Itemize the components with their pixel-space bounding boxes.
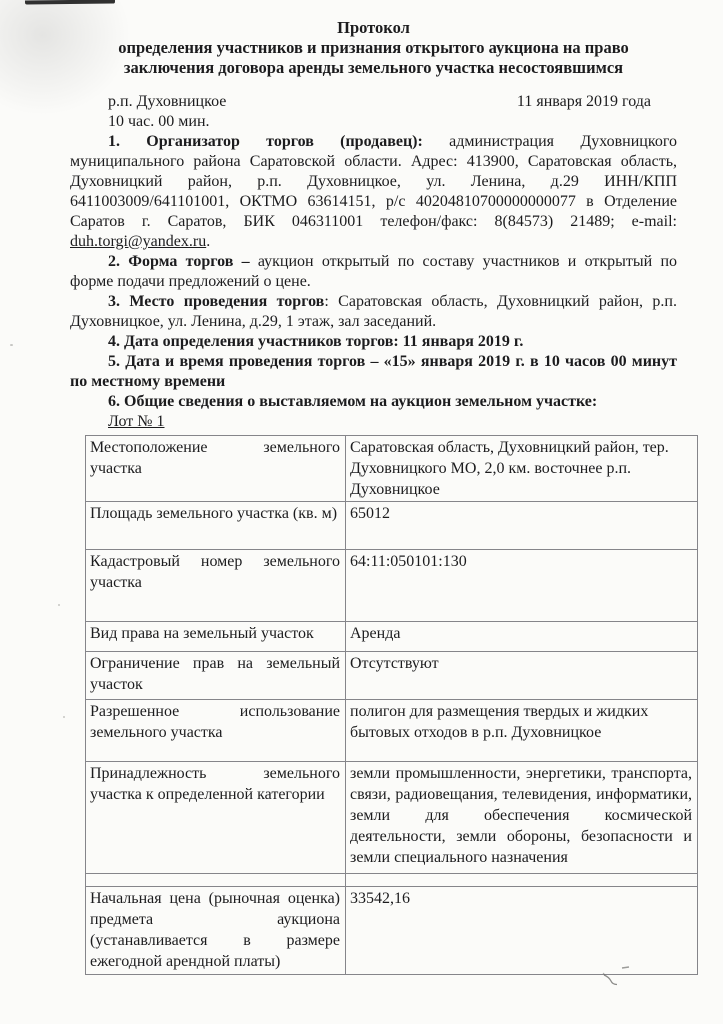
- scan-speck: [63, 716, 65, 718]
- title-line: Протокол: [70, 18, 677, 38]
- row-label-cell: Кадастровый номер земельного участка: [86, 550, 346, 622]
- scan-speck: [58, 604, 60, 606]
- row-label-cell: Принадлежность земельного участка к опре…: [86, 762, 346, 874]
- paragraph: 1. Организатор торгов (продавец): админи…: [70, 132, 677, 252]
- title-line: определения участников и признания откры…: [70, 38, 677, 58]
- row-label-cell: Ограничение прав на земельный участок: [86, 652, 346, 700]
- paragraph-segment: 5. Дата и время проведения торгов – «15»…: [70, 353, 677, 390]
- place-date-line: р.п. Духовницкое 11 января 2019 года: [70, 92, 677, 112]
- table-spacer-row: [86, 874, 698, 887]
- place-label: р.п. Духовницкое: [108, 92, 226, 112]
- document-title: Протокол определения участников и призна…: [70, 18, 677, 78]
- row-value-cell: 33542,16: [346, 887, 698, 975]
- row-label-cell: Площадь земельного участка (кв. м): [86, 502, 346, 550]
- time-label: 10 час. 00 мин.: [70, 112, 677, 132]
- row-label-cell: Начальная цена (рыночная оценка) предмет…: [86, 887, 346, 975]
- paragraph: 6. Общие сведения о выставляемом на аукц…: [70, 392, 677, 412]
- table-row: Принадлежность земельного участка к опре…: [86, 762, 698, 874]
- table-row: Ограничение прав на земельный участокОтс…: [86, 652, 698, 700]
- row-value-cell: Саратовская область, Духовницкий район, …: [346, 436, 698, 502]
- handwritten-pen-mark-icon: [594, 960, 638, 996]
- paragraph-segment: 3. Место проведения торгов: [108, 293, 324, 310]
- table-row: Площадь земельного участка (кв. м)65012: [86, 502, 698, 550]
- row-label-cell: Разрешенное использование земельного уча…: [86, 700, 346, 762]
- table-row: Вид права на земельный участокАренда: [86, 622, 698, 652]
- row-value-cell: Отсутствуют: [346, 652, 698, 700]
- paragraphs: 1. Организатор торгов (продавец): админи…: [70, 132, 677, 412]
- paragraph-segment: 6. Общие сведения о выставляемом на аукц…: [108, 393, 597, 410]
- email-text: duh.torgi@yandex.ru: [70, 233, 206, 250]
- row-value-cell: земли промышленности, энергетики, трансп…: [346, 762, 698, 874]
- row-value-cell: [346, 874, 698, 887]
- paragraph: 5. Дата и время проведения торгов – «15»…: [70, 352, 677, 392]
- paragraph: 4. Дата определения участников торгов: 1…: [70, 332, 677, 352]
- scanned-document-page: Протокол определения участников и призна…: [0, 0, 723, 1024]
- table-row: Местоположение земельного участкаСаратов…: [86, 436, 698, 502]
- paragraph-segment: 2. Форма торгов –: [108, 253, 258, 270]
- lot-label-text: Лот № 1: [108, 413, 165, 430]
- table-row: Разрешенное использование земельного уча…: [86, 700, 698, 762]
- paragraph-segment: .: [206, 233, 210, 250]
- table-row: Кадастровый номер земельного участка64:1…: [86, 550, 698, 622]
- lot-table: Местоположение земельного участкаСаратов…: [85, 435, 698, 975]
- row-label-cell: [86, 874, 346, 887]
- paragraph-segment: 1. Организатор торгов (продавец):: [108, 133, 449, 150]
- row-value-cell: 65012: [346, 502, 698, 550]
- paragraph: 3. Место проведения торгов: Саратовская …: [70, 292, 677, 332]
- row-value-cell: полигон для размещения твердых и жидких …: [346, 700, 698, 762]
- title-line: заключения договора аренды земельного уч…: [70, 58, 677, 78]
- date-label: 11 января 2019 года: [517, 92, 651, 112]
- paragraph: 2. Форма торгов – аукцион открытый по со…: [70, 252, 677, 292]
- row-label-cell: Местоположение земельного участка: [86, 436, 346, 502]
- scan-speck: [10, 344, 13, 346]
- paragraph-segment: 4. Дата определения участников торгов: 1…: [108, 333, 523, 350]
- row-value-cell: Аренда: [346, 622, 698, 652]
- lot-label: Лот № 1: [70, 412, 677, 432]
- document-content: Протокол определения участников и призна…: [70, 18, 677, 975]
- row-value-cell: 64:11:050101:130: [346, 550, 698, 622]
- row-label-cell: Вид права на земельный участок: [86, 622, 346, 652]
